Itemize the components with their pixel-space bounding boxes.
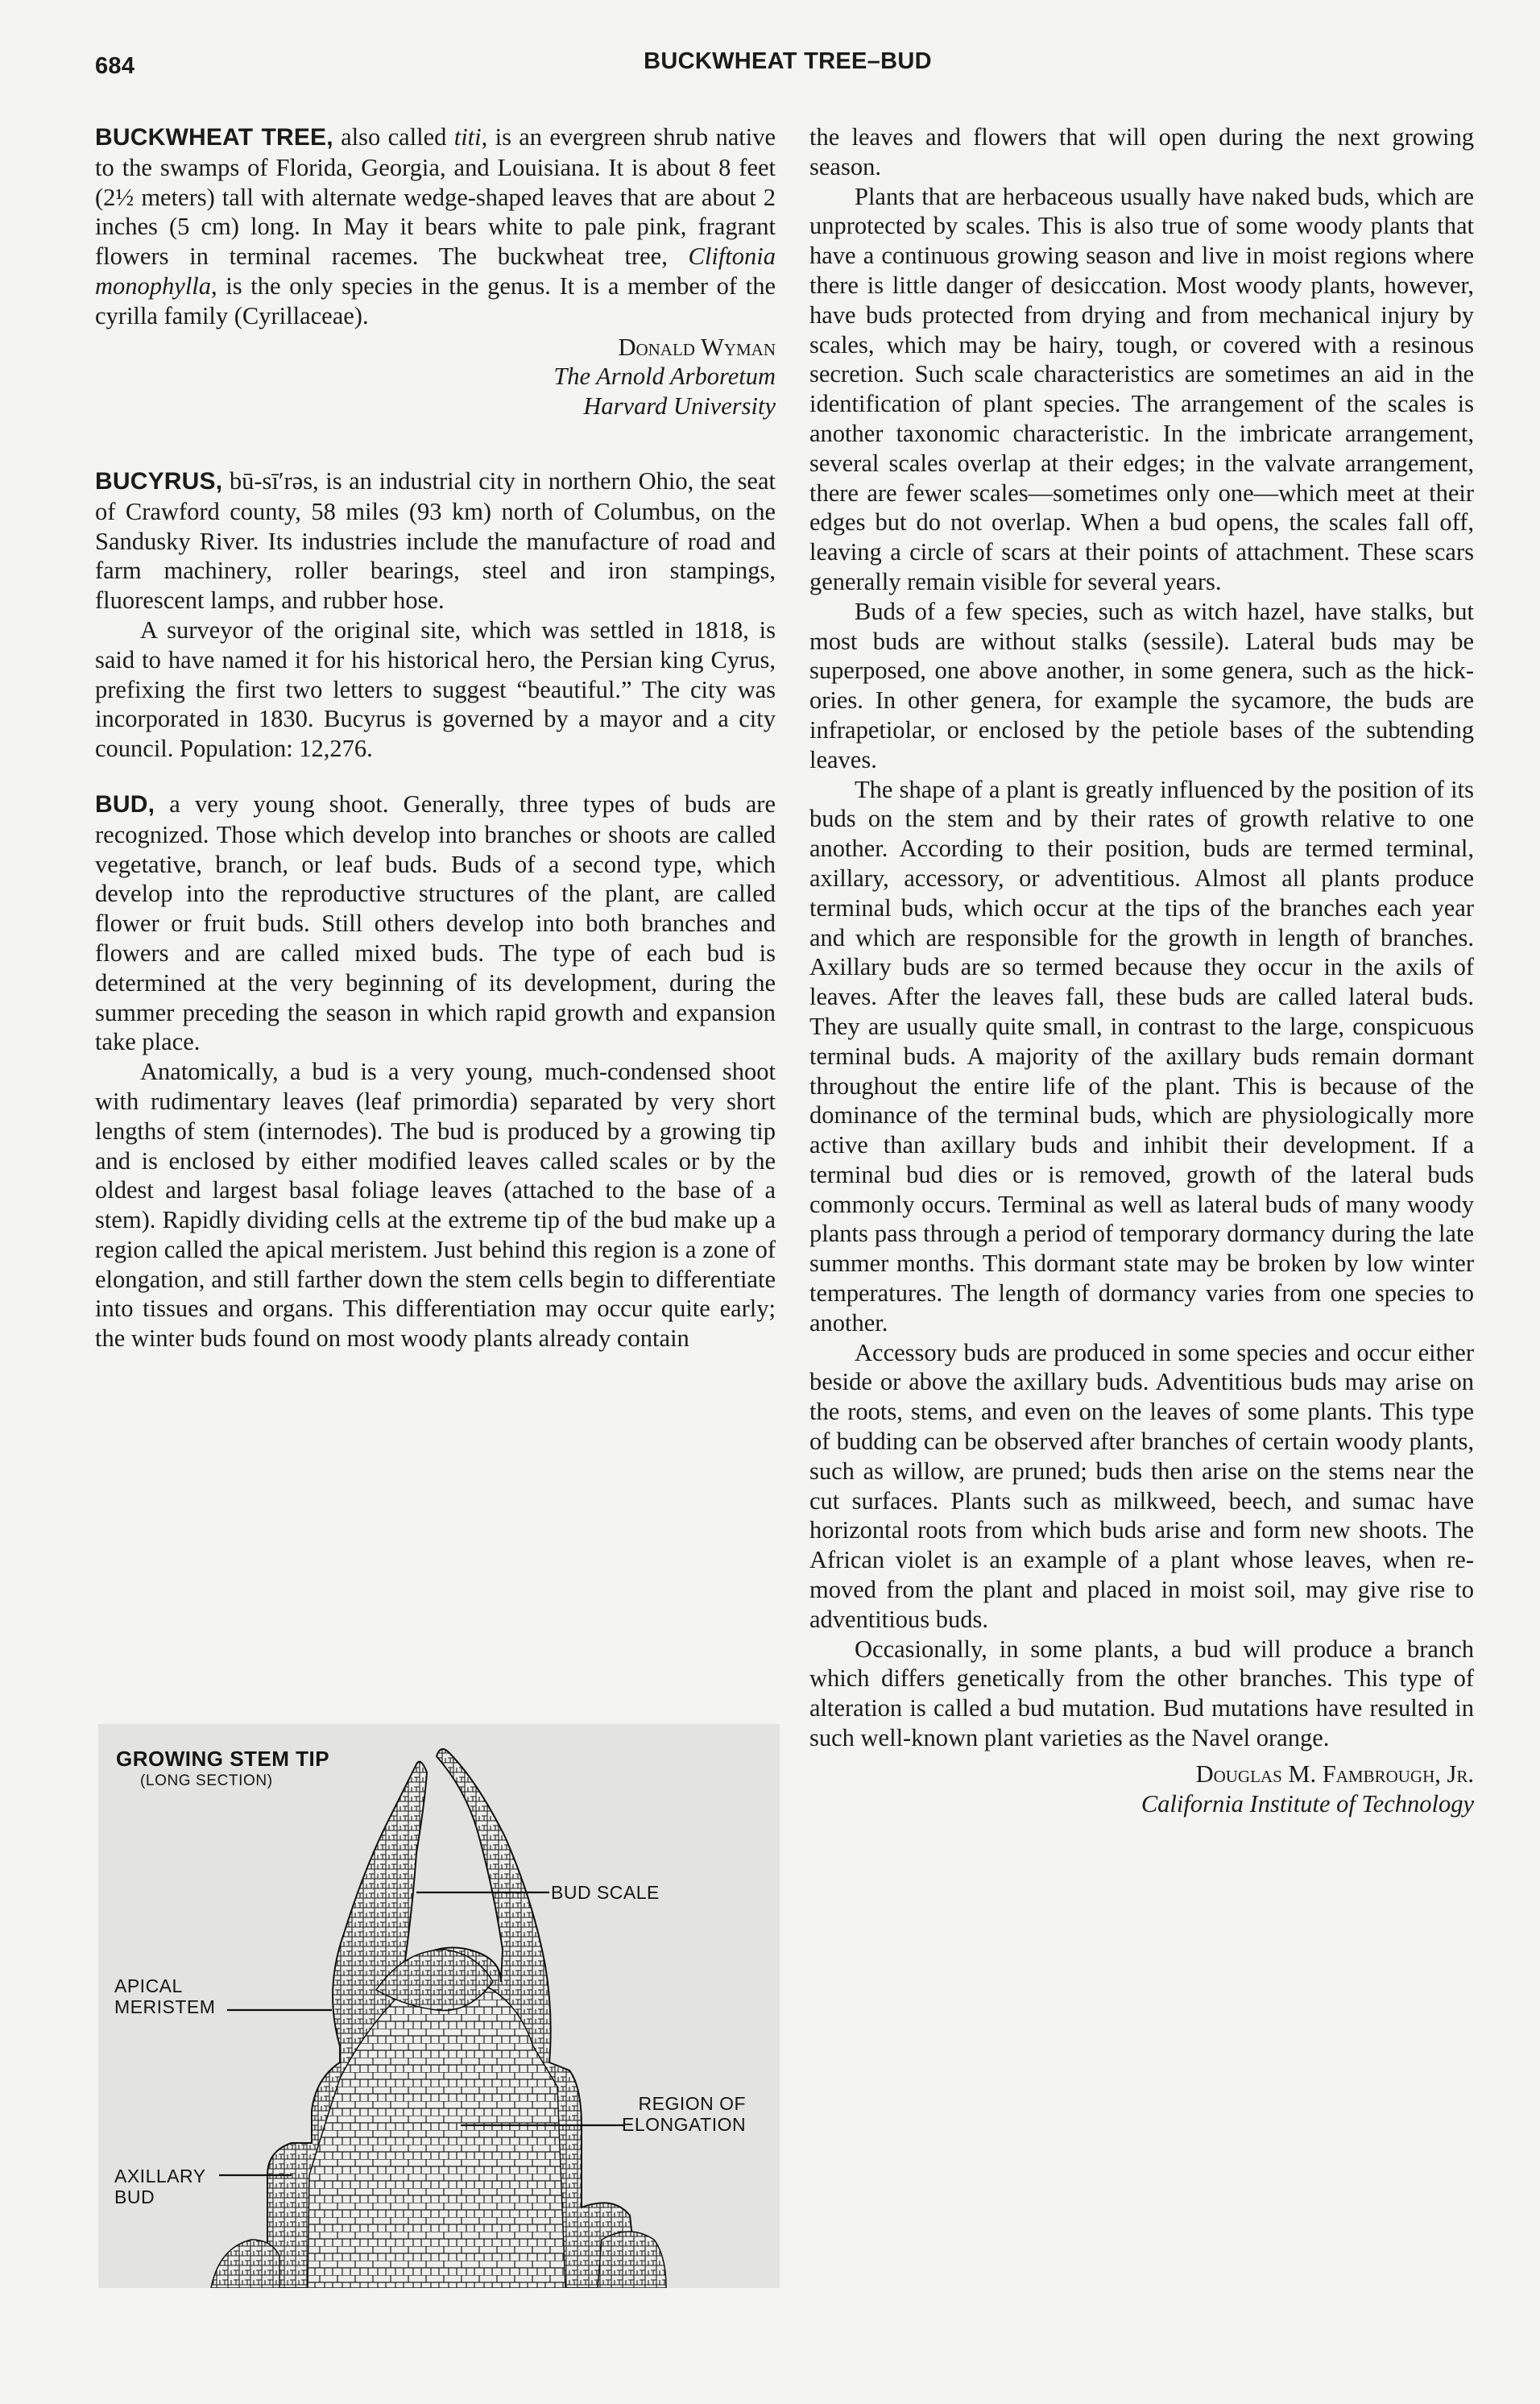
label-text: ELONGATION bbox=[622, 2114, 746, 2135]
body-text: also called bbox=[333, 123, 454, 151]
running-head: BUCKWHEAT TREE–BUD bbox=[95, 48, 1480, 75]
figure-title: GROWING STEM TIP bbox=[116, 1747, 329, 1772]
label-bud-scale: BUD SCALE bbox=[551, 1882, 660, 1903]
entry-paragraph: BUD, a very young shoot. Generally, thre… bbox=[95, 790, 776, 1057]
label-text: AXILLARY bbox=[114, 2166, 206, 2186]
author-affiliation: Harvard University bbox=[95, 392, 776, 421]
author-name: Donald Wyman bbox=[95, 333, 776, 363]
entry-bud: BUD, a very young shoot. Generally, thre… bbox=[95, 790, 776, 1353]
entry-buckwheat-tree: BUCKWHEAT TREE, also called titi, is an … bbox=[95, 122, 776, 421]
label-apical-meristem: APICAL MERISTEM bbox=[114, 1975, 215, 2017]
entry-paragraph: Anatomically, a bud is a very young, muc… bbox=[95, 1057, 776, 1353]
page-header: 684 BUCKWHEAT TREE–BUD bbox=[95, 48, 1480, 81]
author-name: Douglas M. Fambrough, Jr. bbox=[809, 1759, 1474, 1789]
body-text: a very young shoot. Generally, three typ… bbox=[95, 790, 776, 1055]
entry-paragraph: The shape of a plant is greatly influenc… bbox=[809, 775, 1474, 1338]
label-text: APICAL bbox=[114, 1975, 215, 1996]
figure-subtitle: (LONG SECTION) bbox=[140, 1772, 273, 1790]
signature: Donald Wyman The Arnold Arboretum Harvar… bbox=[95, 333, 776, 421]
growing-stem-tip-figure: GROWING STEM TIP (LONG SECTION) BUD SCAL… bbox=[98, 1724, 780, 2288]
label-text: BUD SCALE bbox=[551, 1882, 660, 1903]
entry-bud-continued: the leaves and flowers that will open du… bbox=[809, 122, 1474, 1818]
label-text: MERISTEM bbox=[114, 1996, 215, 2017]
label-region-of-elongation: REGION OF ELONGATION bbox=[622, 2093, 746, 2135]
entry-paragraph: BUCYRUS, bū-sī′rəs, is an industrial cit… bbox=[95, 466, 776, 616]
italic-term: titi bbox=[454, 123, 482, 151]
pronunciation: bū-sī′rəs, bbox=[222, 467, 318, 495]
label-axillary-bud: AXILLARY BUD bbox=[114, 2166, 206, 2207]
headword: BUCYRUS, bbox=[95, 468, 222, 495]
left-column: BUCKWHEAT TREE, also called titi, is an … bbox=[95, 122, 776, 1376]
entry-paragraph: A surveyor of the original site, which w… bbox=[95, 616, 776, 764]
label-text: BUD bbox=[114, 2186, 206, 2207]
right-column: the leaves and flowers that will open du… bbox=[809, 122, 1474, 1818]
entry-paragraph: Plants that are herbaceous usually have … bbox=[809, 182, 1474, 597]
author-affiliation: California Institute of Technology bbox=[809, 1789, 1474, 1819]
entry-paragraph: BUCKWHEAT TREE, also called titi, is an … bbox=[95, 122, 776, 331]
label-text: REGION OF bbox=[622, 2093, 746, 2114]
author-affiliation: The Arnold Arboretum bbox=[95, 362, 776, 392]
signature: Douglas M. Fambrough, Jr. California Ins… bbox=[809, 1759, 1474, 1819]
headword: BUCKWHEAT TREE, bbox=[95, 124, 333, 151]
entry-paragraph: Buds of a few species, such as witch haz… bbox=[809, 597, 1474, 775]
entry-paragraph: Occasionally, in some plants, a bud will… bbox=[809, 1635, 1474, 1753]
entry-paragraph: Accessory buds are produced in some spec… bbox=[809, 1338, 1474, 1635]
entry-bucyrus: BUCYRUS, bū-sī′rəs, is an industrial cit… bbox=[95, 466, 776, 764]
entry-paragraph: the leaves and flowers that will open du… bbox=[809, 122, 1474, 182]
headword: BUD, bbox=[95, 791, 155, 818]
